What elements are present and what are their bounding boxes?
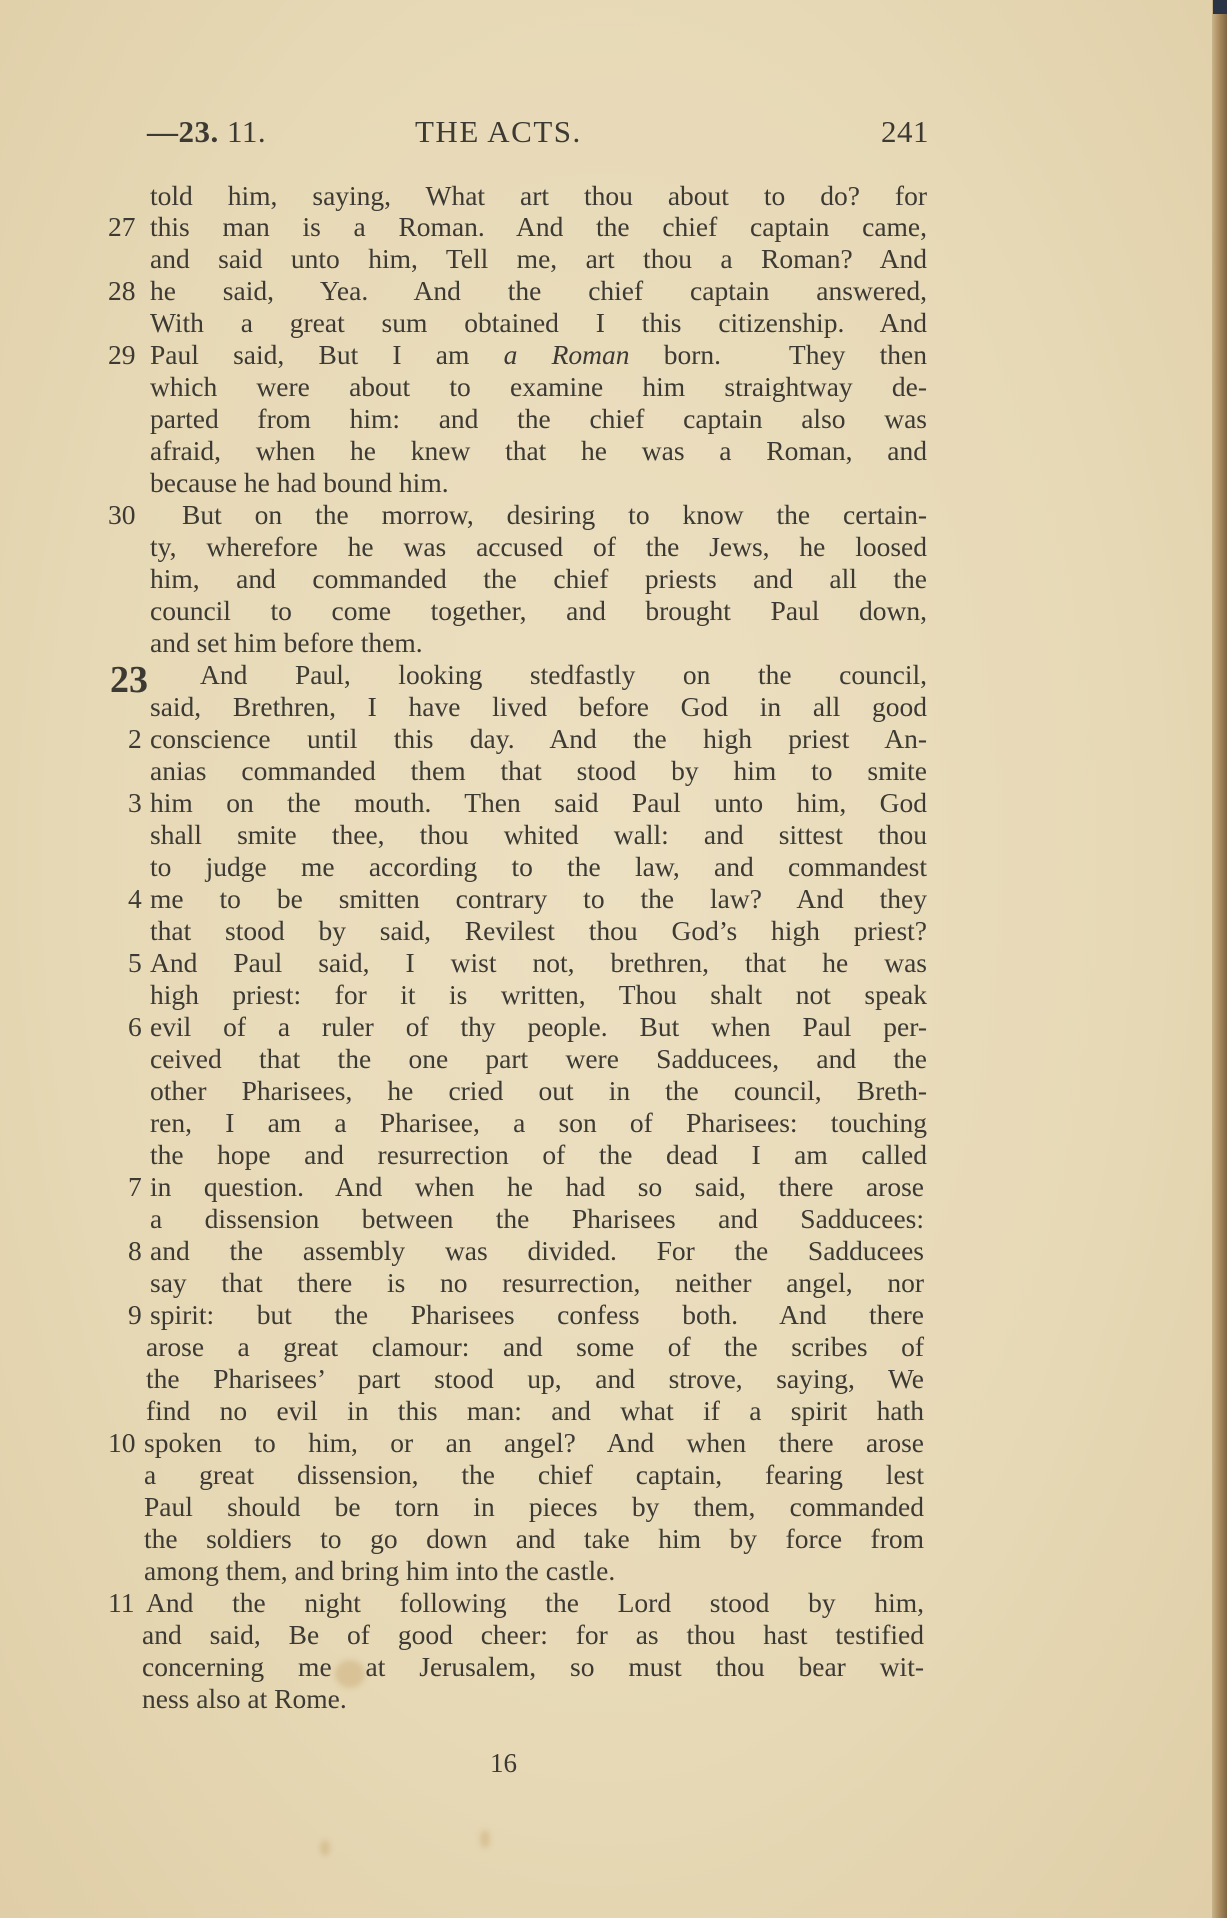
verse-text: evil of a ruler of thy people. But when … [150,1011,927,1043]
verse-number: 27 [108,211,148,243]
verse-number: 10 [108,1427,148,1459]
text-line: which were about to examine him straight… [0,371,1227,403]
verse-text: shall smite thee, thou whited wall: and … [150,819,927,851]
text-line: a dissension between the Pharisees and S… [0,1203,1227,1235]
italic-phrase: a Roman [504,339,630,370]
verse-text: spoken to him, or an angel? And when the… [144,1427,924,1459]
running-head-chapter: —23. [147,114,219,149]
verse-text: conscience until this day. And the high … [150,723,927,755]
text-line: him, and commanded the chief priests and… [0,563,1227,595]
text-line: told him, saying, What art thou about to… [0,180,1227,212]
verse-text: the hope and resurrection of the dead I … [150,1139,927,1171]
text-line: said, Brethren, I have lived before God … [0,691,1227,723]
verse-text: this man is a Roman. And the chief capta… [150,211,927,243]
signature-mark: 16 [490,1748,517,1779]
verse-text: and said, Be of good cheer: for as thou … [142,1619,924,1651]
text-line: ren, I am a Pharisee, a son of Pharisees… [0,1107,1227,1139]
verse-text: in question. And when he had so said, th… [150,1171,924,1203]
text-line: that stood by said, Revilest thou God’s … [0,915,1227,947]
text-line: council to come together, and brought Pa… [0,595,1227,627]
text-line: a great dissension, the chief captain, f… [0,1459,1227,1491]
text-line: among them, and bring him into the castl… [0,1555,1227,1587]
text-line: to judge me according to the law, and co… [0,851,1227,883]
verse-text: me to be smitten contrary to the law? An… [150,883,927,915]
verse-text: ness also at Rome. [142,1683,924,1715]
foxing-stain [320,1840,330,1856]
verse-text: ty, wherefore he was accused of the Jews… [150,531,927,563]
text-line: 8and the assembly was divided. For the S… [0,1235,1227,1267]
text-line: other Pharisees, he cried out in the cou… [0,1075,1227,1107]
verse-text: parted from him: and the chief captain a… [150,403,927,435]
text-line: and said, Be of good cheer: for as thou … [0,1619,1227,1651]
running-head-verse: 11. [219,114,266,149]
text-line: and set him before them. [0,627,1227,659]
text-line: Paul should be torn in pieces by them, c… [0,1491,1227,1523]
verse-text: concerning me at Jerusalem, so must thou… [142,1651,924,1683]
running-head-title: THE ACTS. [415,114,582,154]
verse-text: that stood by said, Revilest thou God’s … [150,915,927,947]
foxing-stain [480,1830,490,1848]
text-line: 2conscience until this day. And the high… [0,723,1227,755]
verse-text: other Pharisees, he cried out in the cou… [150,1075,927,1107]
text-line: shall smite thee, thou whited wall: and … [0,819,1227,851]
text-line: 27this man is a Roman. And the chief cap… [0,211,1227,243]
text-line: because he had bound him. [0,467,1227,499]
text-line: the Pharisees’ part stood up, and strove… [0,1363,1227,1395]
text-line: 10spoken to him, or an angel? And when t… [0,1427,1227,1459]
text-line: arose a great clamour: and some of the s… [0,1331,1227,1363]
text-line: 29Paul said, But I am a Roman born. They… [0,339,1227,371]
verse-text: ceived that the one part were Sadducees,… [150,1043,927,1075]
text-line: find no evil in this man: and what if a … [0,1395,1227,1427]
verse-text: ren, I am a Pharisee, a son of Pharisees… [150,1107,927,1139]
text-line: ness also at Rome. [0,1683,1227,1715]
verse-text: find no evil in this man: and what if a … [146,1395,924,1427]
page-corner-shadow [1213,0,1227,14]
verse-text: and the assembly was divided. For the Sa… [150,1235,924,1267]
verse-text: afraid, when he knew that he was a Roman… [150,435,927,467]
verse-text: But on the morrow, desiring to know the … [182,499,927,531]
verse-text: he said, Yea. And the chief captain answ… [150,275,927,307]
text-line: 3him on the mouth. Then said Paul unto h… [0,787,1227,819]
verse-text: Paul said, But I am a Roman born. They t… [150,339,927,371]
verse-text: and said unto him, Tell me, art thou a R… [150,243,927,275]
verse-text: among them, and bring him into the castl… [144,1555,924,1587]
verse-text: the soldiers to go down and take him by … [144,1523,924,1555]
verse-number: 30 [108,499,148,531]
text-line: the soldiers to go down and take him by … [0,1523,1227,1555]
text-line: 7in question. And when he had so said, t… [0,1171,1227,1203]
verse-text: anias commanded them that stood by him t… [150,755,927,787]
verse-text: him, and commanded the chief priests and… [150,563,927,595]
verse-text: to judge me according to the law, and co… [150,851,927,883]
verse-text: a great dissension, the chief captain, f… [144,1459,924,1491]
text-line: 6evil of a ruler of thy people. But when… [0,1011,1227,1043]
verse-text: spirit: but the Pharisees confess both. … [150,1299,924,1331]
text-line: the hope and resurrection of the dead I … [0,1139,1227,1171]
verse-text-segment: Paul said, But I am [150,339,504,370]
text-line: 11And the night following the Lord stood… [0,1587,1227,1619]
verse-text: And Paul, looking stedfastly on the coun… [200,659,927,691]
verse-number: 29 [108,339,148,371]
text-line: 9spirit: but the Pharisees confess both.… [0,1299,1227,1331]
text-line: 28he said, Yea. And the chief captain an… [0,275,1227,307]
text-line: 4me to be smitten contrary to the law? A… [0,883,1227,915]
verse-text: him on the mouth. Then said Paul unto hi… [150,787,927,819]
text-line: afraid, when he knew that he was a Roman… [0,435,1227,467]
text-line: And Paul, looking stedfastly on the coun… [0,659,1227,691]
verse-text: council to come together, and brought Pa… [150,595,927,627]
verse-text: told him, saying, What art thou about to… [150,180,927,212]
verse-text: arose a great clamour: and some of the s… [146,1331,924,1363]
verse-text: which were about to examine him straight… [150,371,927,403]
text-line: ceived that the one part were Sadducees,… [0,1043,1227,1075]
text-line: say that there is no resurrection, neith… [0,1267,1227,1299]
text-line: concerning me at Jerusalem, so must thou… [0,1651,1227,1683]
text-line: 30But on the morrow, desiring to know th… [0,499,1227,531]
verse-text: because he had bound him. [150,467,927,499]
verse-number: 11 [108,1587,148,1619]
verse-text: With a great sum obtained I this citizen… [150,307,927,339]
verse-text: a dissension between the Pharisees and S… [150,1203,924,1235]
text-line: 5And Paul said, I wist not, brethren, th… [0,947,1227,979]
text-line: parted from him: and the chief captain a… [0,403,1227,435]
verse-text: say that there is no resurrection, neith… [150,1267,924,1299]
verse-text: high priest: for it is written, Thou sha… [150,979,927,1011]
text-line: high priest: for it is written, Thou sha… [0,979,1227,1011]
verse-text-segment: born. They then [630,339,928,370]
running-head-verse-range: —23. 11. [147,114,266,154]
verse-text: And the night following the Lord stood b… [146,1587,924,1619]
verse-text: And Paul said, I wist not, brethren, tha… [150,947,927,979]
verse-number: 28 [108,275,148,307]
verse-text: said, Brethren, I have lived before God … [150,691,927,723]
text-line: and said unto him, Tell me, art thou a R… [0,243,1227,275]
text-line: With a great sum obtained I this citizen… [0,307,1227,339]
verse-text: the Pharisees’ part stood up, and strove… [146,1363,924,1395]
verse-text: and set him before them. [150,627,927,659]
page-number: 241 [881,114,929,154]
verse-text: Paul should be torn in pieces by them, c… [144,1491,924,1523]
text-line: ty, wherefore he was accused of the Jews… [0,531,1227,563]
text-line: anias commanded them that stood by him t… [0,755,1227,787]
